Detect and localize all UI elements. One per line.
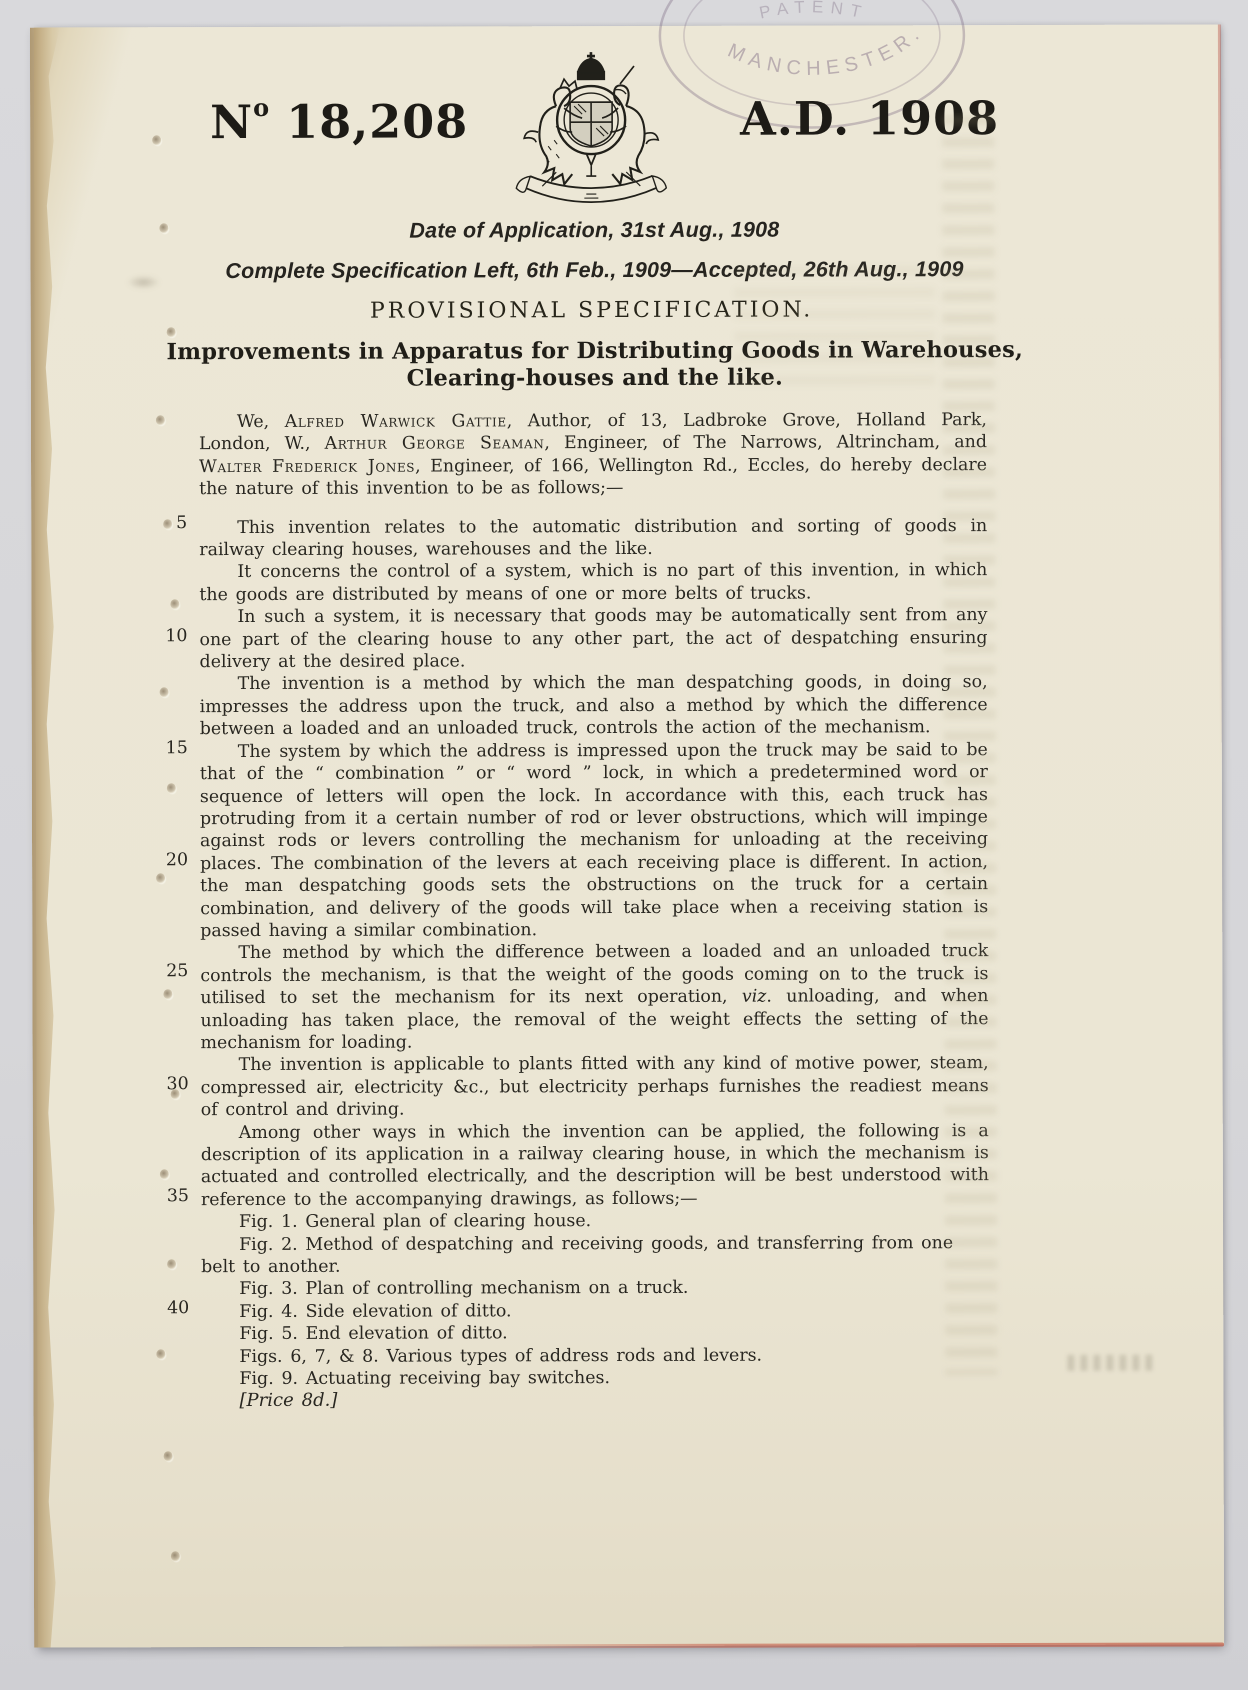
stitch-hole bbox=[170, 599, 179, 609]
figure-list-item: Fig. 5. End elevation of ditto. bbox=[201, 1321, 989, 1345]
paragraph: The invention is applicable to plants fi… bbox=[201, 1052, 989, 1121]
paragraph: We, Alfred Warwick Gattie, Author, of 13… bbox=[199, 409, 987, 501]
paragraph: Among other ways in which the invention … bbox=[201, 1120, 989, 1212]
invention-title-line2: Clearing-houses and the like. bbox=[165, 363, 1025, 392]
number-superscript: o bbox=[253, 93, 269, 122]
paragraph: The invention is a method by which the m… bbox=[200, 672, 988, 741]
stitch-hole bbox=[163, 989, 172, 999]
section-heading: PROVISIONAL SPECIFICATION. bbox=[199, 297, 985, 324]
line-number: 20 bbox=[142, 850, 188, 870]
page-bottom-edge-tint bbox=[394, 1642, 1224, 1648]
page-right-edge-tint bbox=[1218, 24, 1223, 769]
paragraph: The system by which the address is impre… bbox=[200, 739, 989, 943]
svg-text:PATENT: PATENT bbox=[758, 0, 870, 23]
invention-title-line1: Improvements in Apparatus for Distributi… bbox=[165, 337, 1025, 366]
figure-list-item: Fig. 9. Actuating receiving bay switches… bbox=[201, 1366, 989, 1390]
scanned-patent-photo: { "page": { "stamp": {"arc_top": "PATENT… bbox=[0, 0, 1248, 1690]
stitch-hole bbox=[152, 135, 161, 145]
paragraph: In such a system, it is necessary that g… bbox=[199, 604, 987, 673]
figure-list-item: Figs. 6, 7, & 8. Various types of addres… bbox=[201, 1344, 989, 1368]
stitch-hole bbox=[167, 1259, 176, 1269]
patent-year: A.D. 1908 bbox=[740, 91, 1000, 146]
stitch-hole bbox=[156, 873, 165, 883]
date-lines: Date of Application, 31st Aug., 1908 Com… bbox=[154, 209, 1034, 291]
stitch-hole bbox=[171, 1551, 180, 1561]
figure-list-item: Fig. 2. Method of despatching and receiv… bbox=[201, 1232, 989, 1279]
invention-title: Improvements in Apparatus for Distributi… bbox=[165, 337, 1025, 392]
figure-list-item: Fig. 3. Plan of controlling mechanism on… bbox=[201, 1276, 989, 1300]
stitch-hole bbox=[160, 1169, 169, 1179]
line-number: 5 bbox=[141, 513, 187, 533]
stamp-arc-bottom-text: MANCHESTER. bbox=[724, 21, 928, 80]
patent-number: No 18,208 bbox=[210, 92, 510, 149]
stamp-arc-top-text: PATENT bbox=[758, 0, 870, 23]
line-number: 35 bbox=[143, 1186, 189, 1206]
stitch-hole bbox=[167, 327, 176, 337]
date-of-application: Date of Application, 31st Aug., 1908 bbox=[154, 209, 1034, 251]
pencil-mark bbox=[127, 275, 161, 289]
figure-list-item: Fig. 4. Side elevation of ditto. bbox=[201, 1299, 989, 1323]
figure-list-item: Fig. 1. General plan of clearing house. bbox=[201, 1209, 989, 1233]
stitch-hole bbox=[164, 1451, 173, 1461]
royal-coat-of-arms bbox=[486, 48, 696, 219]
line-number: 25 bbox=[142, 961, 188, 981]
stitch-hole bbox=[167, 783, 176, 793]
paragraph: This invention relates to the automatic … bbox=[199, 515, 987, 562]
binding-torn-edge bbox=[30, 27, 64, 1647]
line-number: 40 bbox=[143, 1298, 189, 1318]
patent-page: PATENT MANCHESTER. No 18,208 A.D. 1908 bbox=[34, 24, 1224, 1647]
stitch-holes bbox=[34, 24, 1220, 27]
svg-text:MANCHESTER.: MANCHESTER. bbox=[724, 21, 928, 80]
body-text: We, Alfred Warwick Gattie, Author, of 13… bbox=[199, 409, 990, 1413]
line-number: 15 bbox=[142, 738, 188, 758]
stitch-hole bbox=[156, 415, 165, 425]
margin-line-numbers: 510152025303540 bbox=[34, 24, 1220, 27]
stitch-hole bbox=[156, 1349, 165, 1359]
paragraph: The method by which the difference betwe… bbox=[200, 940, 988, 1054]
paragraph: It concerns the control of a system, whi… bbox=[199, 559, 987, 606]
line-number: 30 bbox=[143, 1074, 189, 1094]
faint-handwriting-mark bbox=[1067, 1355, 1157, 1371]
price-note: [Price 8d.] bbox=[201, 1389, 989, 1413]
line-number: 10 bbox=[141, 626, 187, 646]
complete-specification-dates: Complete Specification Left, 6th Feb., 1… bbox=[154, 249, 1034, 291]
stitch-hole bbox=[160, 687, 169, 697]
